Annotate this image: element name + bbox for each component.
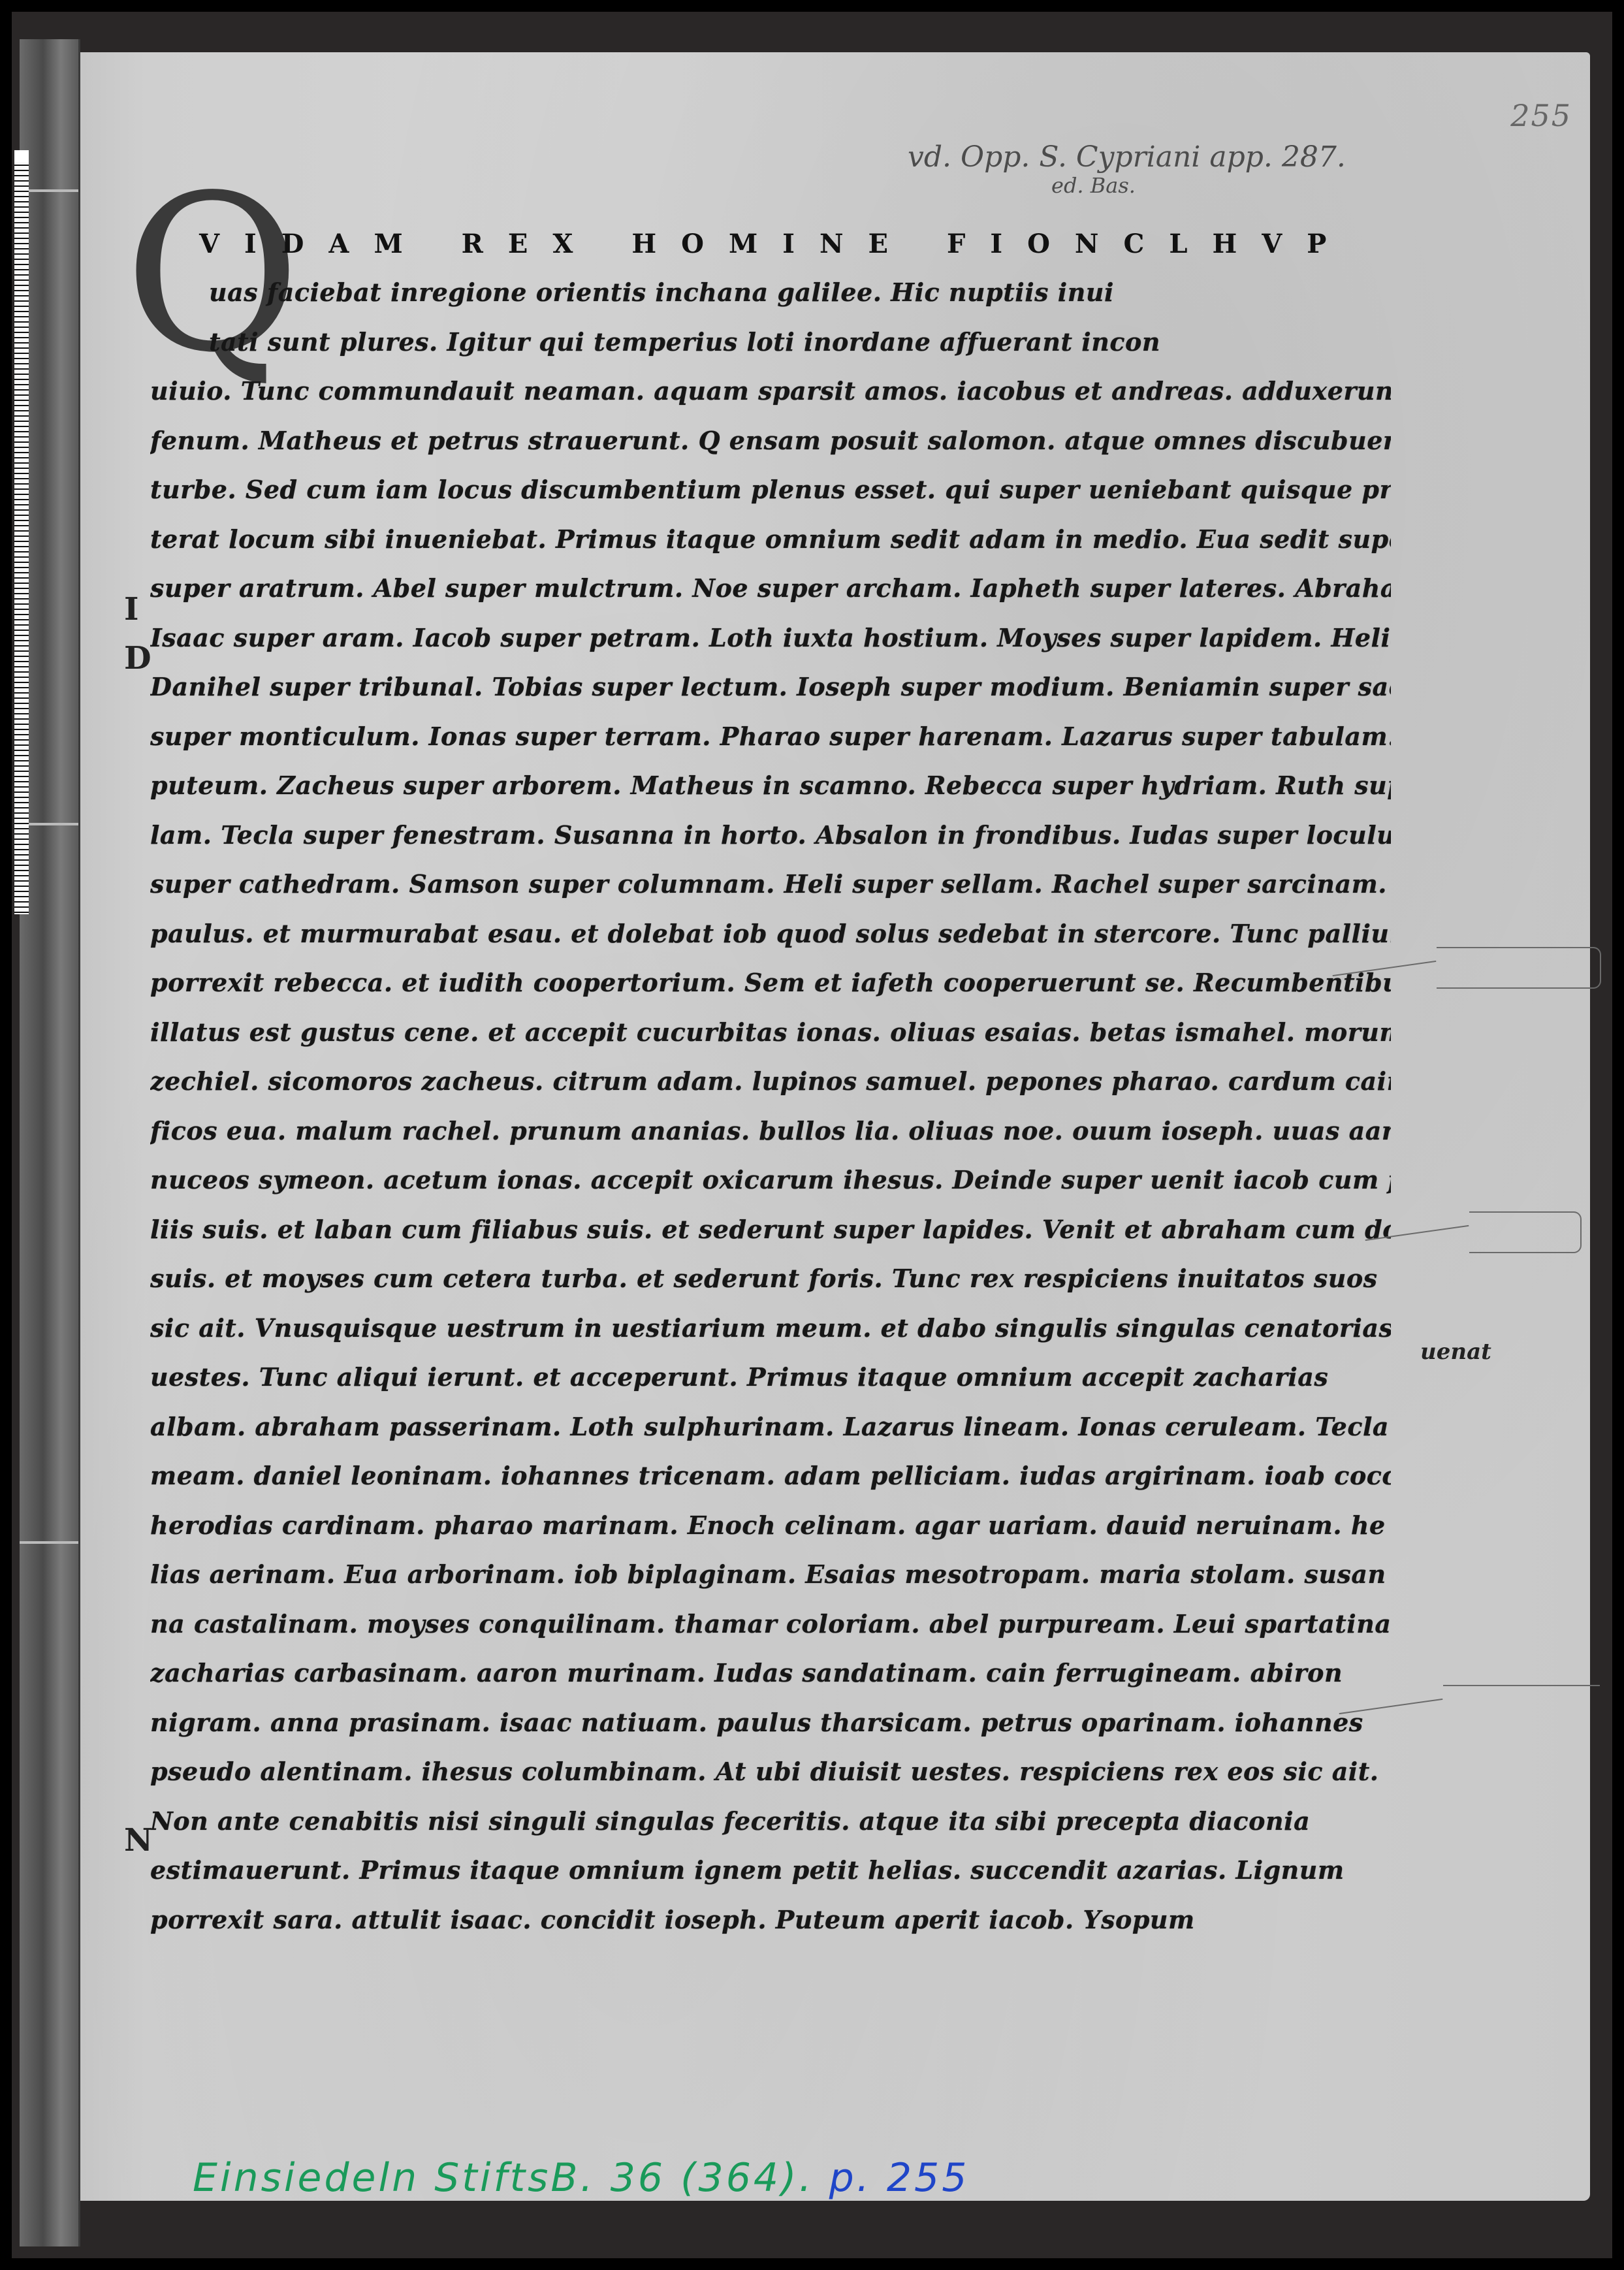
top-annotation-line1: vd. Opp. S. Cypriani app. 287.	[908, 140, 1346, 174]
text-line: nuceos symeon. acetum ionas. accepit oxi…	[150, 1155, 1391, 1205]
text-line: Isaac super aram. Iacob super petram. Lo…	[150, 613, 1391, 663]
text-line: suis. et moyses cum cetera turba. et sed…	[150, 1254, 1391, 1303]
text-line: estimauerunt. Primus itaque omnium ignem…	[150, 1846, 1391, 1895]
text-line: zechiel. sicomoros zacheus. citrum adam.…	[150, 1057, 1391, 1106]
text-block: uas faciebat inregione orientis inchana …	[150, 268, 1391, 1944]
text-line: albam. abraham passerinam. Loth sulphuri…	[150, 1402, 1391, 1452]
text-line: zacharias carbasinam. aaron murinam. Iud…	[150, 1648, 1391, 1698]
text-line: meam. daniel leoninam. iohannes tricenam…	[150, 1451, 1391, 1501]
folio-number: 255	[1510, 98, 1572, 133]
text-line: super monticulum. Ionas super terram. Ph…	[150, 712, 1391, 761]
manicule-icon	[1443, 1685, 1600, 1725]
shelfmark-green: Einsiedeln StiftsB. 36 (364).	[193, 2155, 814, 2201]
text-line: tati sunt plures. Igitur qui temperius l…	[150, 317, 1391, 367]
text-line: pseudo alentinam. ihesus columbinam. At …	[150, 1747, 1391, 1797]
ruler-cap	[14, 150, 29, 162]
text-line: nigram. anna prasinam. isaac natiuam. pa…	[150, 1698, 1391, 1748]
text-line: na castalinam. moyses conquilinam. thama…	[150, 1599, 1391, 1649]
top-annotation: vd. Opp. S. Cypriani app. 287. ed. Bas.	[908, 140, 1346, 174]
text-line: Non ante cenabitis nisi singuli singulas…	[150, 1797, 1391, 1846]
margin-initial: N	[124, 1822, 153, 1859]
shelfmark-page: p. 255	[829, 2155, 970, 2201]
text-line: porrexit rebecca. et iudith coopertorium…	[150, 958, 1391, 1008]
margin-note: uenat	[1420, 1339, 1491, 1365]
manicule-icon	[1437, 947, 1601, 989]
text-line: terat locum sibi inueniebat. Primus itaq…	[150, 515, 1391, 564]
text-line: liis suis. et laban cum filiabus suis. e…	[150, 1205, 1391, 1255]
text-line: paulus. et murmurabat esau. et dolebat i…	[150, 909, 1391, 959]
text-line: porrexit sara. attulit isaac. concidit i…	[150, 1895, 1391, 1945]
text-line: super aratrum. Abel super mulctrum. Noe …	[150, 564, 1391, 613]
incipit-capitals: VIDAM REX HOMINE FIONCLHVP	[199, 229, 1351, 259]
text-line: lam. Tecla super fenestram. Susanna in h…	[150, 810, 1391, 860]
text-line: illatus est gustus cene. et accepit cucu…	[150, 1008, 1391, 1057]
shelfmark-label: Einsiedeln StiftsB. 36 (364). p. 255	[193, 2155, 969, 2201]
text-line: super cathedram. Samson super columnam. …	[150, 859, 1391, 909]
manicule-icon	[1469, 1211, 1582, 1253]
text-line: uiuio. Tunc commundauit neaman. aquam sp…	[150, 366, 1391, 416]
text-line: sic ait. Vnusquisque uestrum in uestiari…	[150, 1303, 1391, 1353]
measurement-ruler	[14, 150, 29, 914]
text-line: herodias cardinam. pharao marinam. Enoch…	[150, 1501, 1391, 1550]
text-line: fenum. Matheus et petrus strauerunt. Q e…	[150, 416, 1391, 466]
text-line: uas faciebat inregione orientis inchana …	[150, 268, 1391, 317]
margin-initial: I	[124, 591, 138, 628]
margin-initial: D	[124, 640, 151, 677]
spine-band	[20, 1541, 78, 1544]
text-line: lias aerinam. Eua arborinam. iob biplagi…	[150, 1550, 1391, 1599]
text-line: puteum. Zacheus super arborem. Matheus i…	[150, 761, 1391, 810]
top-annotation-line2: ed. Bas.	[1051, 173, 1136, 198]
text-line: turbe. Sed cum iam locus discumbentium p…	[150, 465, 1391, 515]
text-line: ficos eua. malum rachel. prunum ananias.…	[150, 1106, 1391, 1156]
text-line: uestes. Tunc aliqui ierunt. et acceperun…	[150, 1352, 1391, 1402]
text-line: Danihel super tribunal. Tobias super lec…	[150, 662, 1391, 712]
